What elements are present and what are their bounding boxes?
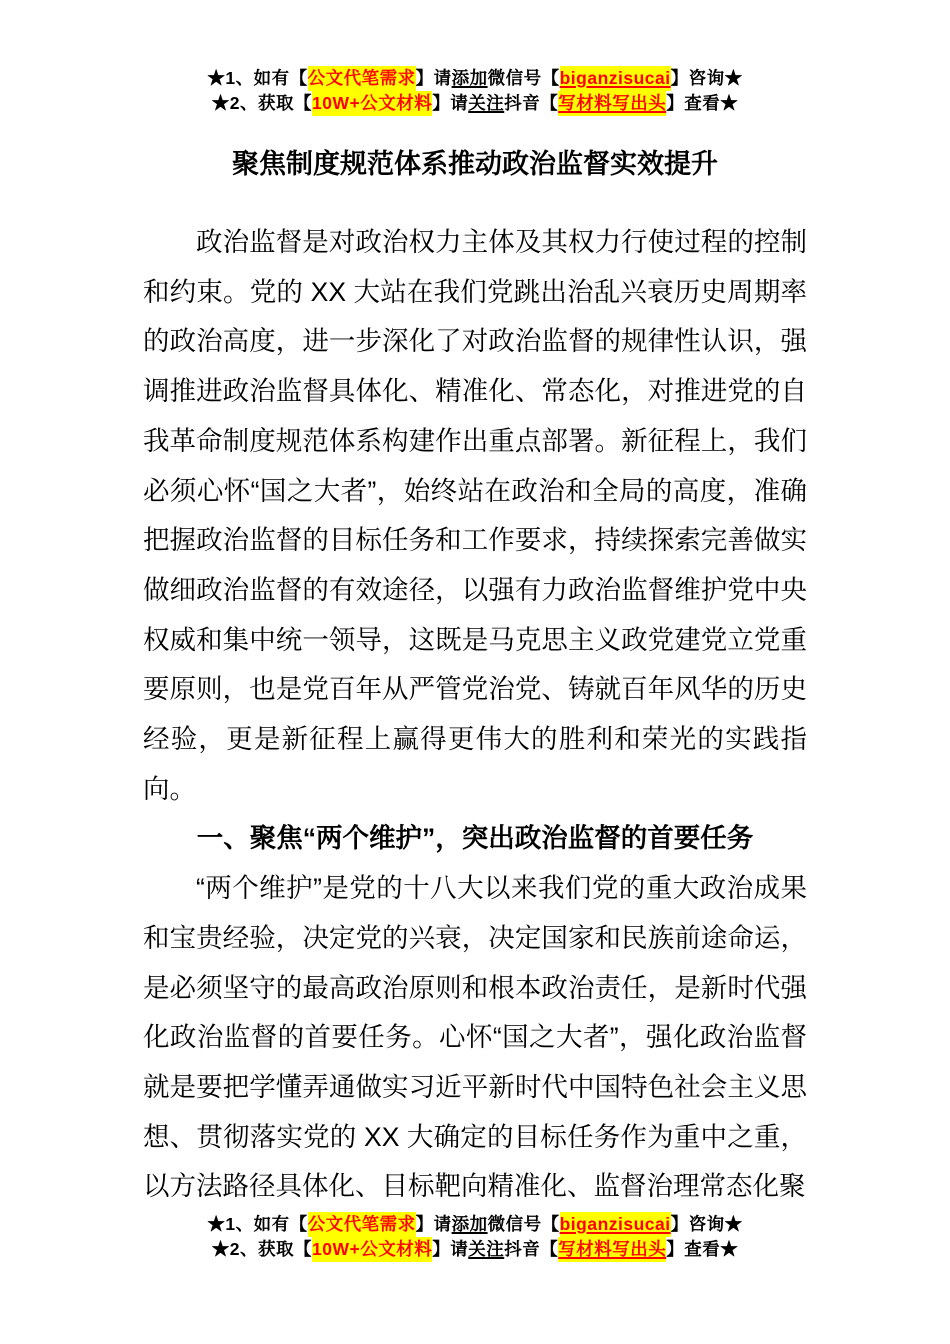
view-suffix: 】查看★	[666, 1239, 738, 1259]
action-add-underlined: 添加	[452, 1214, 488, 1234]
body-paragraph-1: 政治监督是对政治权力主体及其权力行使过程的控制和约束。党的 XX 大站在我们党跳…	[143, 218, 807, 814]
star-item-prefix: ★1、如有【	[207, 1214, 307, 1234]
consult-suffix: 】咨询★	[671, 1214, 743, 1234]
material-phrase-highlight: 10W+公文材料	[312, 91, 432, 116]
footer-promo-notice: ★1、如有【公文代笔需求】请添加微信号【biganzisucai】咨询★ ★2、…	[0, 1212, 950, 1263]
view-suffix: 】查看★	[666, 93, 738, 113]
douyin-label: 抖音【	[504, 93, 558, 113]
action-follow-underlined: 关注	[468, 1239, 504, 1259]
footer-notice-line-1: ★1、如有【公文代笔需求】请添加微信号【biganzisucai】咨询★	[0, 1212, 950, 1237]
body-paragraph-2: “两个维护”是党的十八大以来我们党的重大政治成果和宝贵经验，决定党的兴衰，决定国…	[143, 864, 807, 1212]
douyin-id-highlight: 写材料写出头	[558, 91, 666, 116]
bracket-and-please: 】请	[416, 68, 452, 88]
star-item-prefix: ★1、如有【	[207, 68, 307, 88]
document-title: 聚焦制度规范体系推动政治监督实效提升	[0, 143, 950, 185]
service-phrase-highlight: 公文代笔需求	[308, 66, 416, 91]
material-phrase-highlight: 10W+公文材料	[312, 1237, 432, 1262]
footer-notice-line-2: ★2、获取【10W+公文材料】请关注抖音【写材料写出头】查看★	[0, 1237, 950, 1262]
consult-suffix: 】咨询★	[671, 68, 743, 88]
section-heading-1: 一、聚焦“两个维护”，突出政治监督的首要任务	[143, 814, 807, 864]
wechat-label: 微信号【	[488, 68, 560, 88]
douyin-label: 抖音【	[504, 1239, 558, 1259]
wechat-id-highlight: biganzisucai	[560, 66, 671, 91]
douyin-id-highlight: 写材料写出头	[558, 1237, 666, 1262]
service-phrase-highlight: 公文代笔需求	[308, 1212, 416, 1237]
bracket-and-please: 】请	[432, 1239, 468, 1259]
action-add-underlined: 添加	[452, 68, 488, 88]
bracket-and-please: 】请	[416, 1214, 452, 1234]
document-body: 政治监督是对政治权力主体及其权力行使过程的控制和约束。党的 XX 大站在我们党跳…	[143, 218, 807, 1212]
wechat-id-highlight: biganzisucai	[560, 1212, 671, 1237]
star-item-prefix: ★2、获取【	[212, 1239, 312, 1259]
header-notice-line-1: ★1、如有【公文代笔需求】请添加微信号【biganzisucai】咨询★	[0, 66, 950, 91]
document-page: ★1、如有【公文代笔需求】请添加微信号【biganzisucai】咨询★ ★2、…	[0, 0, 950, 1344]
action-follow-underlined: 关注	[468, 93, 504, 113]
star-item-prefix: ★2、获取【	[212, 93, 312, 113]
header-notice-line-2: ★2、获取【10W+公文材料】请关注抖音【写材料写出头】查看★	[0, 91, 950, 116]
bracket-and-please: 】请	[432, 93, 468, 113]
wechat-label: 微信号【	[488, 1214, 560, 1234]
header-promo-notice: ★1、如有【公文代笔需求】请添加微信号【biganzisucai】咨询★ ★2、…	[0, 66, 950, 117]
